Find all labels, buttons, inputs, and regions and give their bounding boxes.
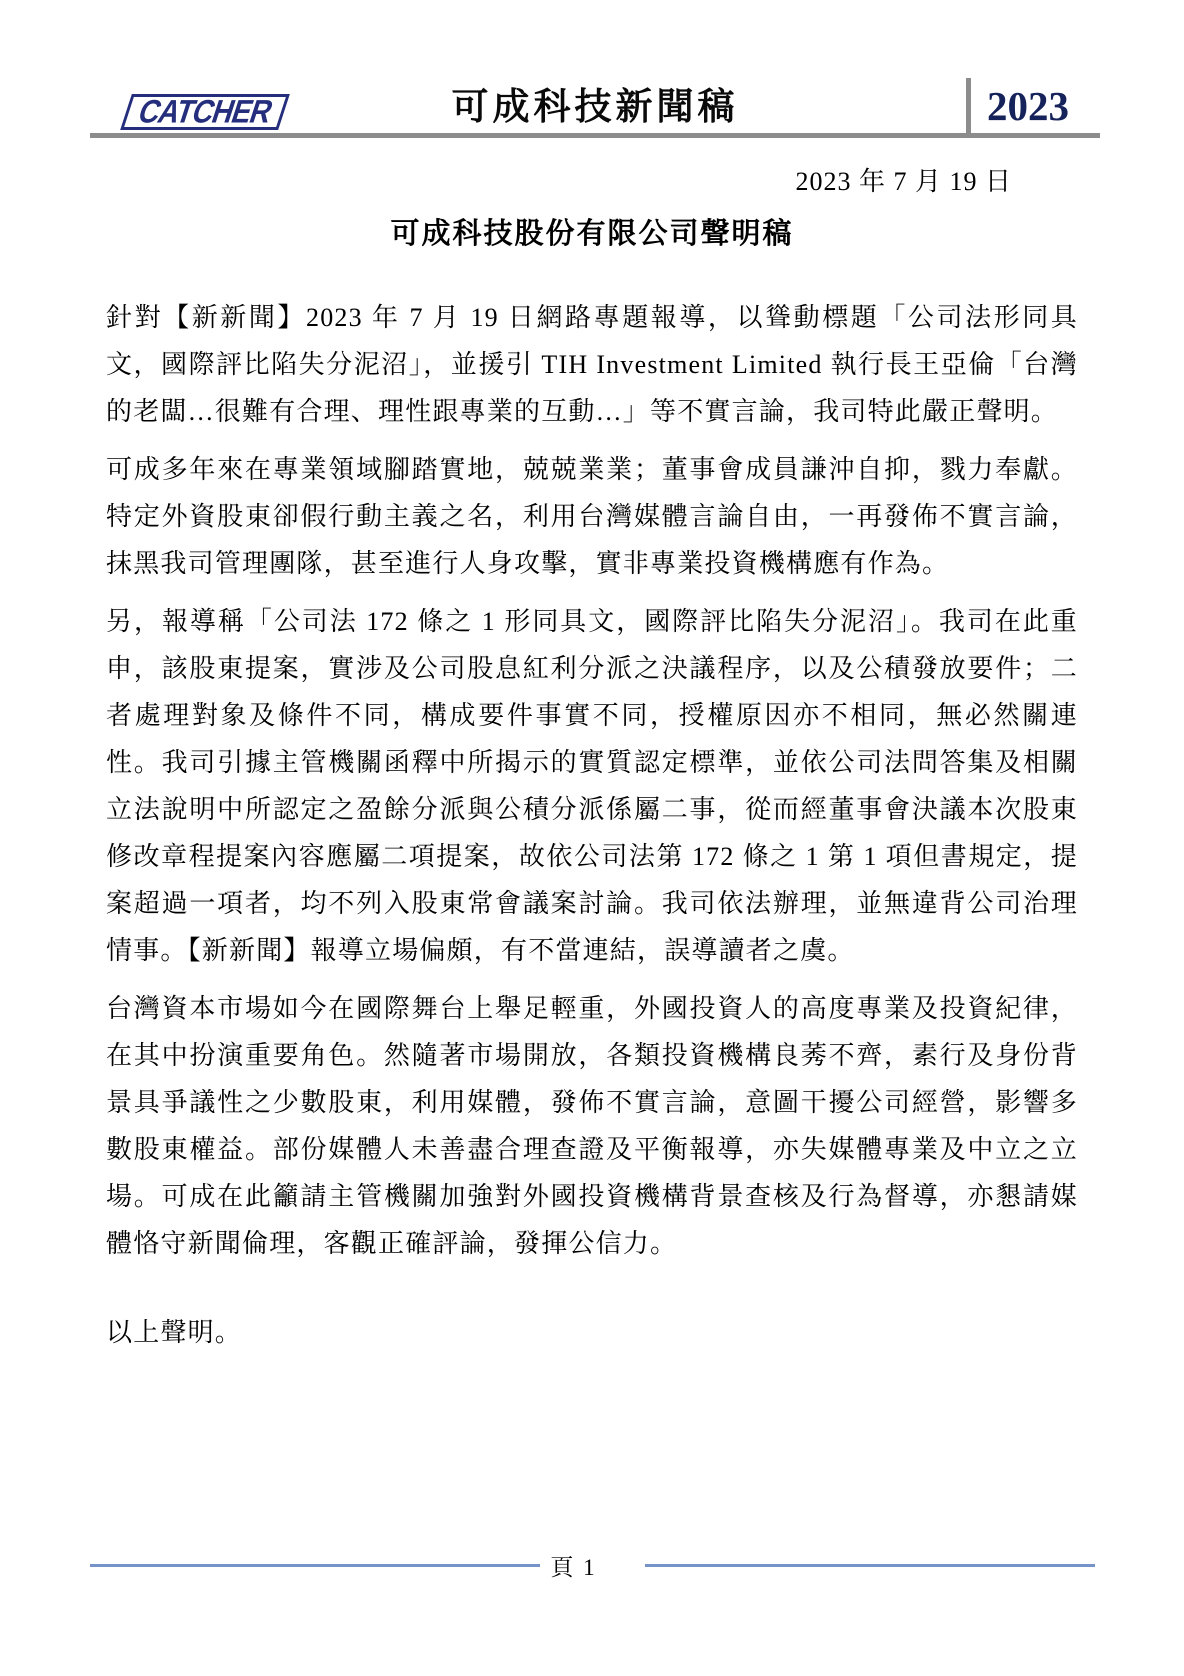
closing-statement: 以上聲明。 — [106, 1309, 1078, 1356]
document-title: 可成科技股份有限公司聲明稿 — [106, 211, 1078, 252]
page-footer: 頁 1 — [90, 1548, 1095, 1582]
header-year: 2023 — [966, 78, 1100, 133]
page-header: CATCHER 可成科技新聞稿 2023 — [90, 72, 1100, 138]
document-content: 2023 年 7 月 19 日 可成科技股份有限公司聲明稿 針對【新新聞】202… — [106, 142, 1078, 1367]
paragraph-4: 台灣資本市場如今在國際舞台上舉足輕重，外國投資人的高度專業及投資紀律，在其中扮演… — [106, 985, 1078, 1267]
footer-line-left — [90, 1564, 540, 1567]
document-date: 2023 年 7 月 19 日 — [106, 161, 1078, 198]
footer-line-right — [645, 1564, 1095, 1567]
header-title: 可成科技新聞稿 — [90, 76, 1100, 130]
document-body: 針對【新新聞】2023 年 7 月 19 日網路專題報導，以聳動標題「公司法形同… — [106, 294, 1078, 1356]
page-number: 頁 1 — [550, 1549, 596, 1582]
paragraph-3: 另，報導稱「公司法 172 條之 1 形同具文，國際評比陷失分泥沼」。我司在此重… — [106, 598, 1078, 974]
paragraph-1: 針對【新新聞】2023 年 7 月 19 日網路專題報導，以聳動標題「公司法形同… — [106, 294, 1078, 435]
press-release-page: CATCHER 可成科技新聞稿 2023 2023 年 7 月 19 日 可成科… — [0, 0, 1184, 1676]
paragraph-2: 可成多年來在專業領域腳踏實地，兢兢業業；董事會成員謙沖自抑，戮力奉獻。特定外資股… — [106, 446, 1078, 587]
